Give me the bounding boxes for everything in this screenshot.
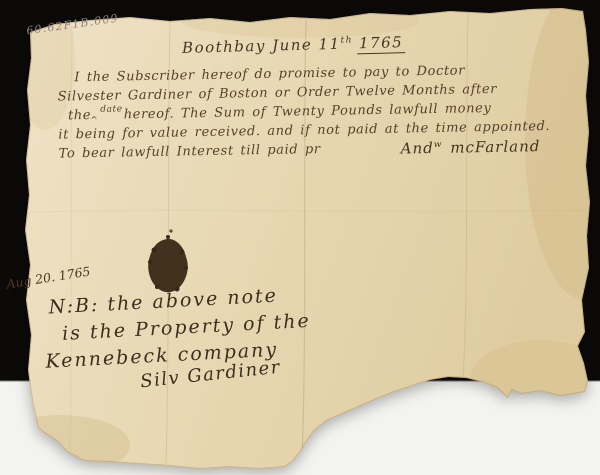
dateline-year: 1765 (357, 33, 406, 54)
maker-signature: Andw mcFarland (400, 134, 540, 158)
document-scan: 60.62F1B.009 Boothbay June 11th1765 I th… (0, 0, 600, 475)
maker-signature-superscript: w (434, 140, 443, 150)
ink-speck (169, 229, 172, 232)
interest-clause: To bear lawfull Interest till paid pr (59, 142, 321, 162)
maker-signature-surname: mcFarland (450, 137, 540, 157)
body-line-3-prefix: the (68, 108, 91, 123)
promissory-body: I the Subscriber hereof do promise to pa… (57, 59, 579, 163)
maker-signature-prefix: And (401, 139, 434, 158)
paper-stain (180, 2, 420, 38)
inserted-word: date (100, 100, 123, 119)
dateline-day-suffix: th (340, 35, 353, 45)
